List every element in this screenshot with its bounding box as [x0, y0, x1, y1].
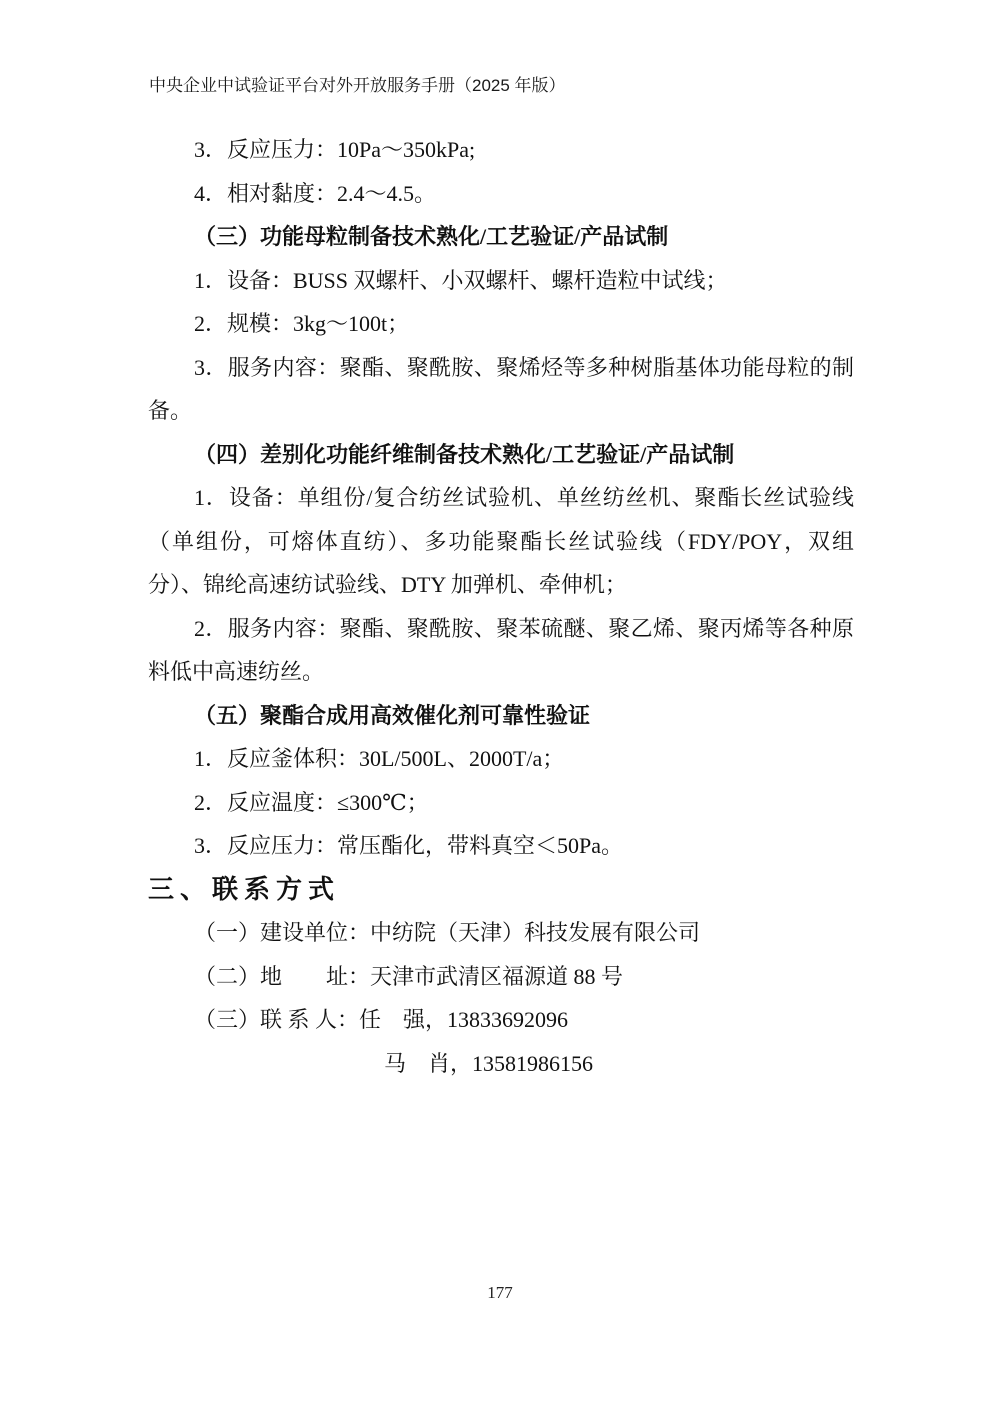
body-paragraph-equipment-spinning: 1．设备：单组份/复合纺丝试验机、单丝纺丝机、聚酯长丝试验线（单组份，可熔体直纺…: [148, 476, 854, 607]
body-paragraph-equipment-buss: 1．设备：BUSS 双螺杆、小双螺杆、螺杆造粒中试线；: [148, 259, 854, 303]
body-paragraph-relative-viscosity: 4．相对黏度：2.4～4.5。: [148, 172, 854, 216]
body-paragraph-service-masterbatch: 3．服务内容：聚酯、聚酰胺、聚烯烃等多种树脂基体功能母粒的制备。: [148, 346, 854, 433]
contact-person-line-1: （三）联 系 人：任 强，13833692096: [148, 998, 854, 1042]
document-body: 3．反应压力：10Pa～350kPa; 4．相对黏度：2.4～4.5。 （三）功…: [148, 128, 854, 1085]
subsection-heading-3: （三）功能母粒制备技术熟化/工艺验证/产品试制: [148, 215, 854, 259]
subsection-heading-5: （五）聚酯合成用高效催化剂可靠性验证: [148, 694, 854, 738]
contact-address-line: （二）地 址：天津市武清区福源道 88 号: [148, 955, 854, 999]
body-paragraph-reaction-temp: 2．反应温度：≤300℃；: [148, 781, 854, 825]
body-paragraph-service-spinning: 2．服务内容：聚酯、聚酰胺、聚苯硫醚、聚乙烯、聚丙烯等各种原料低中高速纺丝。: [148, 607, 854, 694]
body-paragraph-reaction-pressure-2: 3．反应压力：常压酯化，带料真空＜50Pa。: [148, 824, 854, 868]
subsection-heading-4: （四）差别化功能纤维制备技术熟化/工艺验证/产品试制: [148, 433, 854, 477]
body-paragraph-reactor-volume: 1．反应釜体积：30L/500L、2000T/a；: [148, 737, 854, 781]
contact-unit-line: （一）建设单位：中纺院（天津）科技发展有限公司: [148, 911, 854, 955]
document-header-title: 中央企业中试验证平台对外开放服务手册（2025 年版）: [149, 76, 855, 96]
page-number: 177: [0, 1283, 1000, 1303]
body-paragraph-reaction-pressure: 3．反应压力：10Pa～350kPa;: [148, 128, 854, 172]
document-page: 中央企业中试验证平台对外开放服务手册（2025 年版） 3．反应压力：10Pa～…: [0, 0, 1000, 1414]
section-heading-contact: 三、联系方式: [148, 868, 854, 912]
contact-person-line-2: 马 肖，13581986156: [148, 1042, 854, 1086]
body-paragraph-scale: 2．规模：3kg～100t；: [148, 302, 854, 346]
